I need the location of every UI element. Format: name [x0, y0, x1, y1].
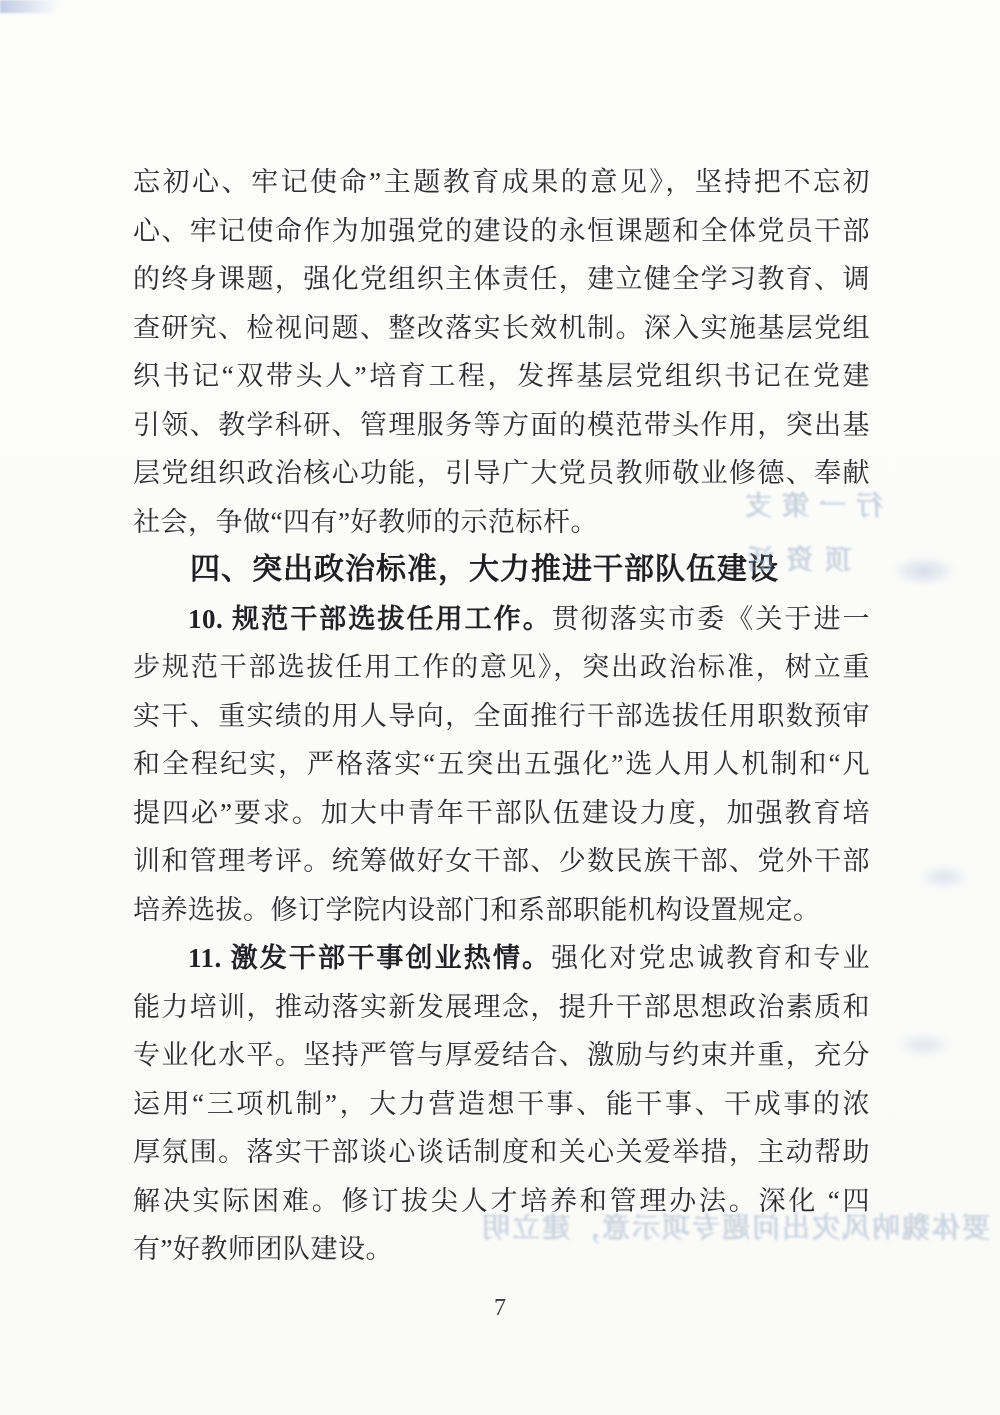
body-text: 贯彻落实市委《关于进一	[552, 604, 870, 634]
body-line: 层党组织政治核心功能，引导广大党员教师敬业修德、奉献	[133, 449, 870, 498]
body-line: 训和管理考评。统筹做好女干部、少数民族干部、党外干部	[133, 837, 870, 886]
body-line: 厚氛围。落实干部谈心谈话制度和关心关爱举措，主动帮助	[133, 1128, 870, 1177]
body-line: 引领、教学科研、管理服务等方面的模范带头作用，突出基	[133, 401, 870, 450]
body-line: 解决实际困难。修订拔尖人才培养和管理办法。深化 “四	[133, 1177, 870, 1226]
body-line: 11. 激发干部干事创业热情。强化对党忠诚教育和专业	[133, 934, 870, 983]
body-line: 能力培训，推动落实新发展理念，提升干部思想政治素质和	[133, 983, 870, 1032]
body-line: 的终身课题，强化党组织主体责任，建立健全学习教育、调	[133, 255, 870, 304]
document-text: 忘初心、牢记使命”主题教育成果的意见》，坚持把不忘初 心、牢记使命作为加强党的建…	[133, 158, 870, 1274]
body-line: 运用“三项机制”，大力营造想干事、能干事、干成事的浓	[133, 1080, 870, 1129]
paragraph-lead: 11. 激发干部干事创业热情。	[188, 943, 551, 973]
document-page: 忘初心、牢记使命”主题教育成果的意见》，坚持把不忘初 心、牢记使命作为加强党的建…	[0, 0, 1000, 1415]
body-line: 有”好教师团队建设。	[133, 1225, 870, 1274]
body-line: 专业化水平。坚持严管与厚爱结合、激励与约束并重，充分	[133, 1031, 870, 1080]
body-line: 培养选拔。修订学院内设部门和系部职能机构设置规定。	[133, 886, 870, 935]
paragraph-lead: 10. 规范干部选拔任用工作。	[188, 604, 552, 634]
body-line: 实干、重实绩的用人导向，全面推行干部选拔任用职数预审	[133, 692, 870, 741]
page-number: 7	[0, 1295, 1000, 1322]
body-line: 心、牢记使命作为加强党的建设的永恒课题和全体党员干部	[133, 207, 870, 256]
body-line: 和全程纪实，严格落实“五突出五强化”选人用人机制和“凡	[133, 740, 870, 789]
scan-smudge	[892, 556, 956, 586]
scan-corner-smudge	[0, 0, 58, 13]
body-line: 织书记“双带头人”培育工程，发挥基层党组织书记在党建	[133, 352, 870, 401]
body-line: 提四必”要求。加大中青年干部队伍建设力度，加强教育培	[133, 789, 870, 838]
scan-smudge	[896, 1032, 952, 1058]
body-line: 忘初心、牢记使命”主题教育成果的意见》，坚持把不忘初	[133, 158, 870, 207]
body-line: 查研究、检视问题、整改落实长效机制。深入实施基层党组	[133, 304, 870, 353]
scan-smudge	[918, 864, 970, 890]
section-heading: 四、突出政治标准，大力推进干部队伍建设	[133, 546, 870, 595]
body-line: 社会，争做“四有”好教师的示范标杆。	[133, 498, 870, 547]
body-line: 10. 规范干部选拔任用工作。贯彻落实市委《关于进一	[133, 595, 870, 644]
body-line: 步规范干部选拔任用工作的意见》，突出政治标准，树立重	[133, 643, 870, 692]
body-text: 强化对党忠诚教育和专业	[551, 943, 870, 973]
